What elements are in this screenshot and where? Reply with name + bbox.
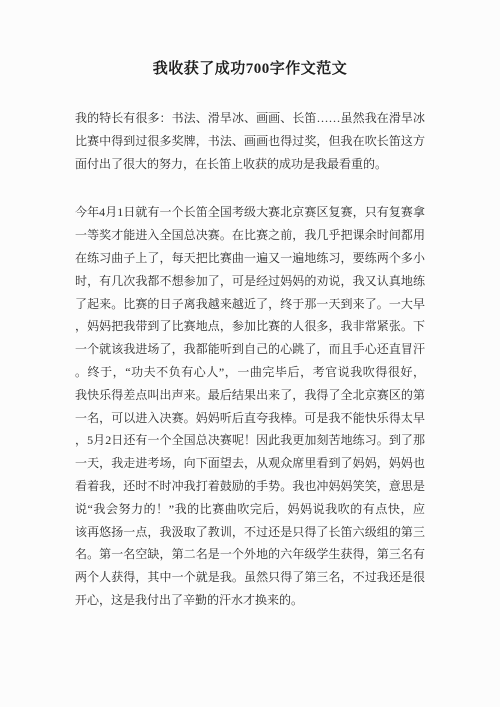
- essay-paragraph-1: 我的特长有很多：书法、滑旱冰、画画、长笛……虽然我在滑旱冰 比赛中得到过很多奖牌…: [75, 107, 425, 175]
- essay-line: 两个人获得，其中一个就是我。虽然只得了第三名，不过我还是很: [75, 566, 425, 589]
- essay-line: ，5月2日还有一个全国总决赛呢！因此我更加刻苦地练习。到了那: [75, 429, 425, 452]
- essay-line: 面付出了很大的努力，在长笛上收获的成功是我最看重的。: [75, 153, 425, 176]
- essay-body: 我的特长有很多：书法、滑旱冰、画画、长笛……虽然我在滑旱冰 比赛中得到过很多奖牌…: [75, 107, 425, 612]
- essay-line: 今年4月1日就有一个长笛全国考级大赛北京赛区复赛，只有复赛拿: [75, 201, 425, 224]
- essay-paragraph-2: 今年4月1日就有一个长笛全国考级大赛北京赛区复赛，只有复赛拿 一等奖才能进入全国…: [75, 201, 425, 611]
- essay-line: 一天，我走进考场，向下面望去，从观众席里看到了妈妈，妈妈也: [75, 452, 425, 475]
- essay-line: 。终于，“功夫不负有心人”，一曲完毕后，考官说我吹得很好，: [75, 361, 425, 384]
- essay-line: 名。第一名空缺，第二名是一个外地的六年级学生获得，第三名有: [75, 543, 425, 566]
- essay-line: 时，有几次我都不想参加了，可是经过妈妈的劝说，我又认真地练: [75, 270, 425, 293]
- essay-line: 一个就该我进场了，我都能听到自己的心跳了，而且手心还直冒汗: [75, 338, 425, 361]
- essay-line: ，妈妈把我带到了比赛地点，参加比赛的人很多，我非常紧张。下: [75, 315, 425, 338]
- essay-line: 比赛中得到过很多奖牌，书法、画画也得过奖，但我在吹长笛这方: [75, 130, 425, 153]
- essay-line: 一等奖才能进入全国总决赛。在比赛之前，我几乎把课余时间都用: [75, 224, 425, 247]
- essay-line: 开心，这是我付出了辛勤的汗水才换来的。: [75, 589, 425, 612]
- essay-line: 我的特长有很多：书法、滑旱冰、画画、长笛……虽然我在滑旱冰: [75, 107, 425, 130]
- essay-line: 我快乐得差点叫出声来。最后结果出来了，我得了全北京赛区的第: [75, 384, 425, 407]
- essay-page: 我收获了成功700字作文范文 我的特长有很多：书法、滑旱冰、画画、长笛……虽然我…: [0, 0, 500, 707]
- essay-line: 在练习曲子上了，每天把比赛曲一遍又一遍地练习，要练两个多小: [75, 247, 425, 270]
- essay-line: 了起来。比赛的日子离我越来越近了，终于那一天到来了。一大早: [75, 293, 425, 316]
- essay-line: 该再悠扬一点，我汲取了教训，不过还是只得了长笛六级组的第三: [75, 521, 425, 544]
- essay-line: 看着我，还时不时冲我打着鼓励的手势。我也冲妈妈笑笑，意思是: [75, 475, 425, 498]
- essay-line: 说“我会努力的！”我的比赛曲吹完后，妈妈说我吹的有点快，应: [75, 498, 425, 521]
- essay-line: 一名，可以进入决赛。妈妈听后直夸我棒。可是我不能快乐得太早: [75, 407, 425, 430]
- essay-title: 我收获了成功700字作文范文: [0, 0, 500, 81]
